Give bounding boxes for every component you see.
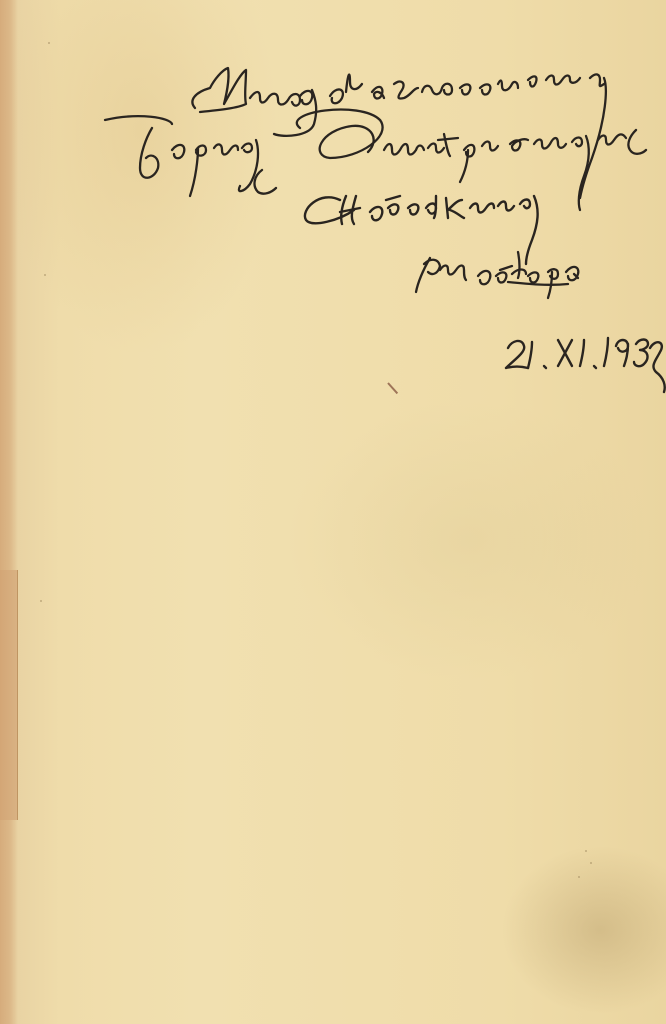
handwritten-inscription <box>0 0 666 1024</box>
book-page: Многоуважаемому Борису Дмитриевичу Наход… <box>0 0 666 1024</box>
inscription-line-3 <box>305 196 538 264</box>
inscription-line-2 <box>105 110 646 210</box>
inscription-date <box>506 338 665 392</box>
inscription-line-4 <box>416 252 578 298</box>
